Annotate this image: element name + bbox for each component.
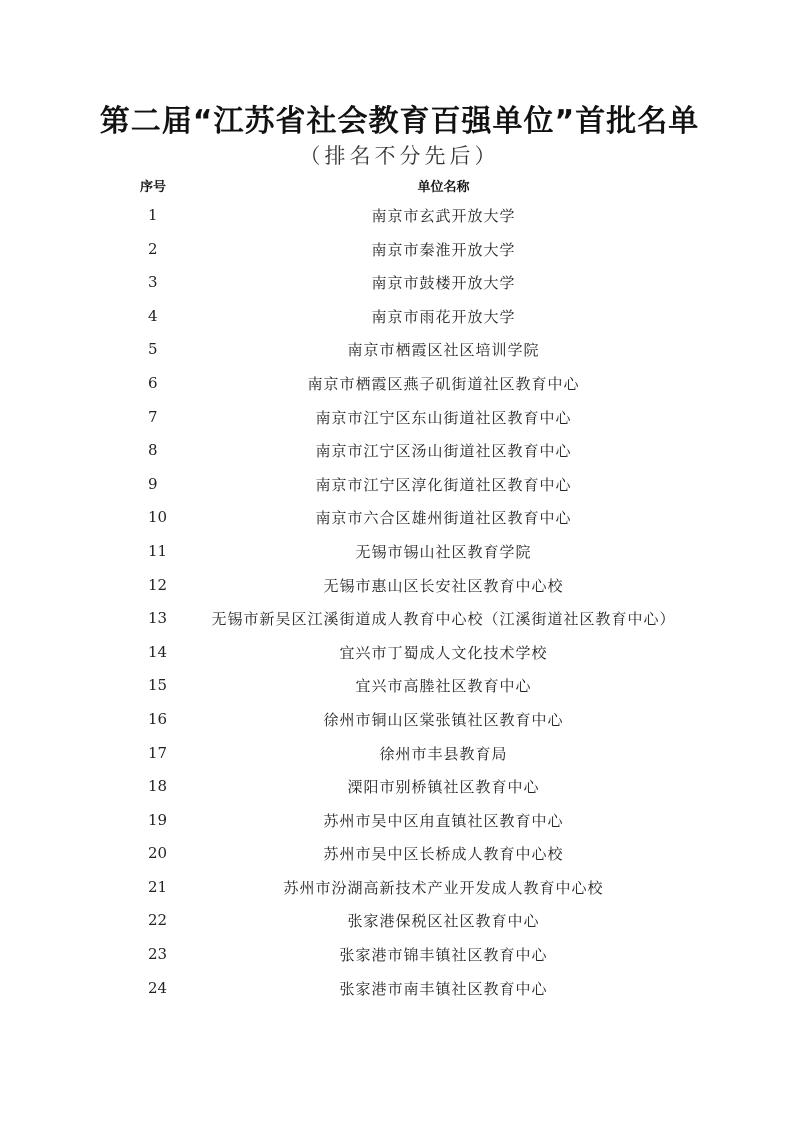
table-row: 12无锡市惠山区长安社区教育中心校 xyxy=(0,568,799,602)
row-unit-name: 苏州市吴中区长桥成人教育中心校 xyxy=(0,843,799,864)
document-title: 第二届“江苏省社会教育百强单位”首批名单 xyxy=(0,96,799,140)
row-unit-name: 溧阳市别桥镇社区教育中心 xyxy=(0,776,799,797)
row-unit-name: 南京市栖霞区燕子矶街道社区教育中心 xyxy=(0,373,799,394)
table-row: 22张家港保税区社区教育中心 xyxy=(0,903,799,937)
row-unit-name: 无锡市锡山社区教育学院 xyxy=(0,541,799,562)
row-unit-name: 南京市秦淮开放大学 xyxy=(0,239,799,260)
table-row: 9南京市江宁区淳化街道社区教育中心 xyxy=(0,467,799,501)
header-name: 单位名称 xyxy=(0,176,799,195)
table-header: 序号 单位名称 xyxy=(0,176,799,196)
table-row: 8南京市江宁区汤山街道社区教育中心 xyxy=(0,433,799,467)
table-row: 16徐州市铜山区棠张镇社区教育中心 xyxy=(0,702,799,736)
table-row: 6南京市栖霞区燕子矶街道社区教育中心 xyxy=(0,366,799,400)
table-row: 15宜兴市高塍社区教育中心 xyxy=(0,668,799,702)
table-row: 20苏州市吴中区长桥成人教育中心校 xyxy=(0,836,799,870)
table-row: 21苏州市汾湖高新技术产业开发成人教育中心校 xyxy=(0,870,799,904)
table-row: 5南京市栖霞区社区培训学院 xyxy=(0,332,799,366)
table-row: 10南京市六合区雄州街道社区教育中心 xyxy=(0,500,799,534)
row-unit-name: 张家港市南丰镇社区教育中心 xyxy=(0,978,799,999)
table-row: 2南京市秦淮开放大学 xyxy=(0,232,799,266)
table-row: 23张家港市锦丰镇社区教育中心 xyxy=(0,937,799,971)
row-unit-name: 苏州市汾湖高新技术产业开发成人教育中心校 xyxy=(0,877,799,898)
row-unit-name: 宜兴市丁蜀成人文化技术学校 xyxy=(0,642,799,663)
row-unit-name: 南京市江宁区淳化街道社区教育中心 xyxy=(0,474,799,495)
row-unit-name: 徐州市丰县教育局 xyxy=(0,743,799,764)
row-unit-name: 张家港市锦丰镇社区教育中心 xyxy=(0,944,799,965)
row-unit-name: 南京市玄武开放大学 xyxy=(0,205,799,226)
table-row: 24张家港市南丰镇社区教育中心 xyxy=(0,971,799,1005)
row-unit-name: 南京市江宁区东山街道社区教育中心 xyxy=(0,407,799,428)
table-row: 13无锡市新吴区江溪街道成人教育中心校（江溪街道社区教育中心） xyxy=(0,601,799,635)
table-row: 1南京市玄武开放大学 xyxy=(0,198,799,232)
row-unit-name: 张家港保税区社区教育中心 xyxy=(0,910,799,931)
row-unit-name: 南京市鼓楼开放大学 xyxy=(0,272,799,293)
row-unit-name: 苏州市吴中区甪直镇社区教育中心 xyxy=(0,810,799,831)
row-unit-name: 南京市栖霞区社区培训学院 xyxy=(0,339,799,360)
table-row: 14宜兴市丁蜀成人文化技术学校 xyxy=(0,635,799,669)
table-row: 3南京市鼓楼开放大学 xyxy=(0,265,799,299)
document-subtitle: （排名不分先后） xyxy=(0,140,799,170)
row-unit-name: 南京市雨花开放大学 xyxy=(0,306,799,327)
table-row: 19苏州市吴中区甪直镇社区教育中心 xyxy=(0,803,799,837)
row-unit-name: 徐州市铜山区棠张镇社区教育中心 xyxy=(0,709,799,730)
row-unit-name: 无锡市惠山区长安社区教育中心校 xyxy=(0,575,799,596)
row-unit-name: 南京市江宁区汤山街道社区教育中心 xyxy=(0,440,799,461)
table-body: 1南京市玄武开放大学2南京市秦淮开放大学3南京市鼓楼开放大学4南京市雨花开放大学… xyxy=(0,198,799,1004)
row-unit-name: 南京市六合区雄州街道社区教育中心 xyxy=(0,507,799,528)
table-row: 18溧阳市别桥镇社区教育中心 xyxy=(0,769,799,803)
table-row: 11无锡市锡山社区教育学院 xyxy=(0,534,799,568)
table-row: 4南京市雨花开放大学 xyxy=(0,299,799,333)
table-row: 17徐州市丰县教育局 xyxy=(0,736,799,770)
row-unit-name: 宜兴市高塍社区教育中心 xyxy=(0,675,799,696)
table-row: 7南京市江宁区东山街道社区教育中心 xyxy=(0,400,799,434)
row-unit-name: 无锡市新吴区江溪街道成人教育中心校（江溪街道社区教育中心） xyxy=(0,608,799,629)
